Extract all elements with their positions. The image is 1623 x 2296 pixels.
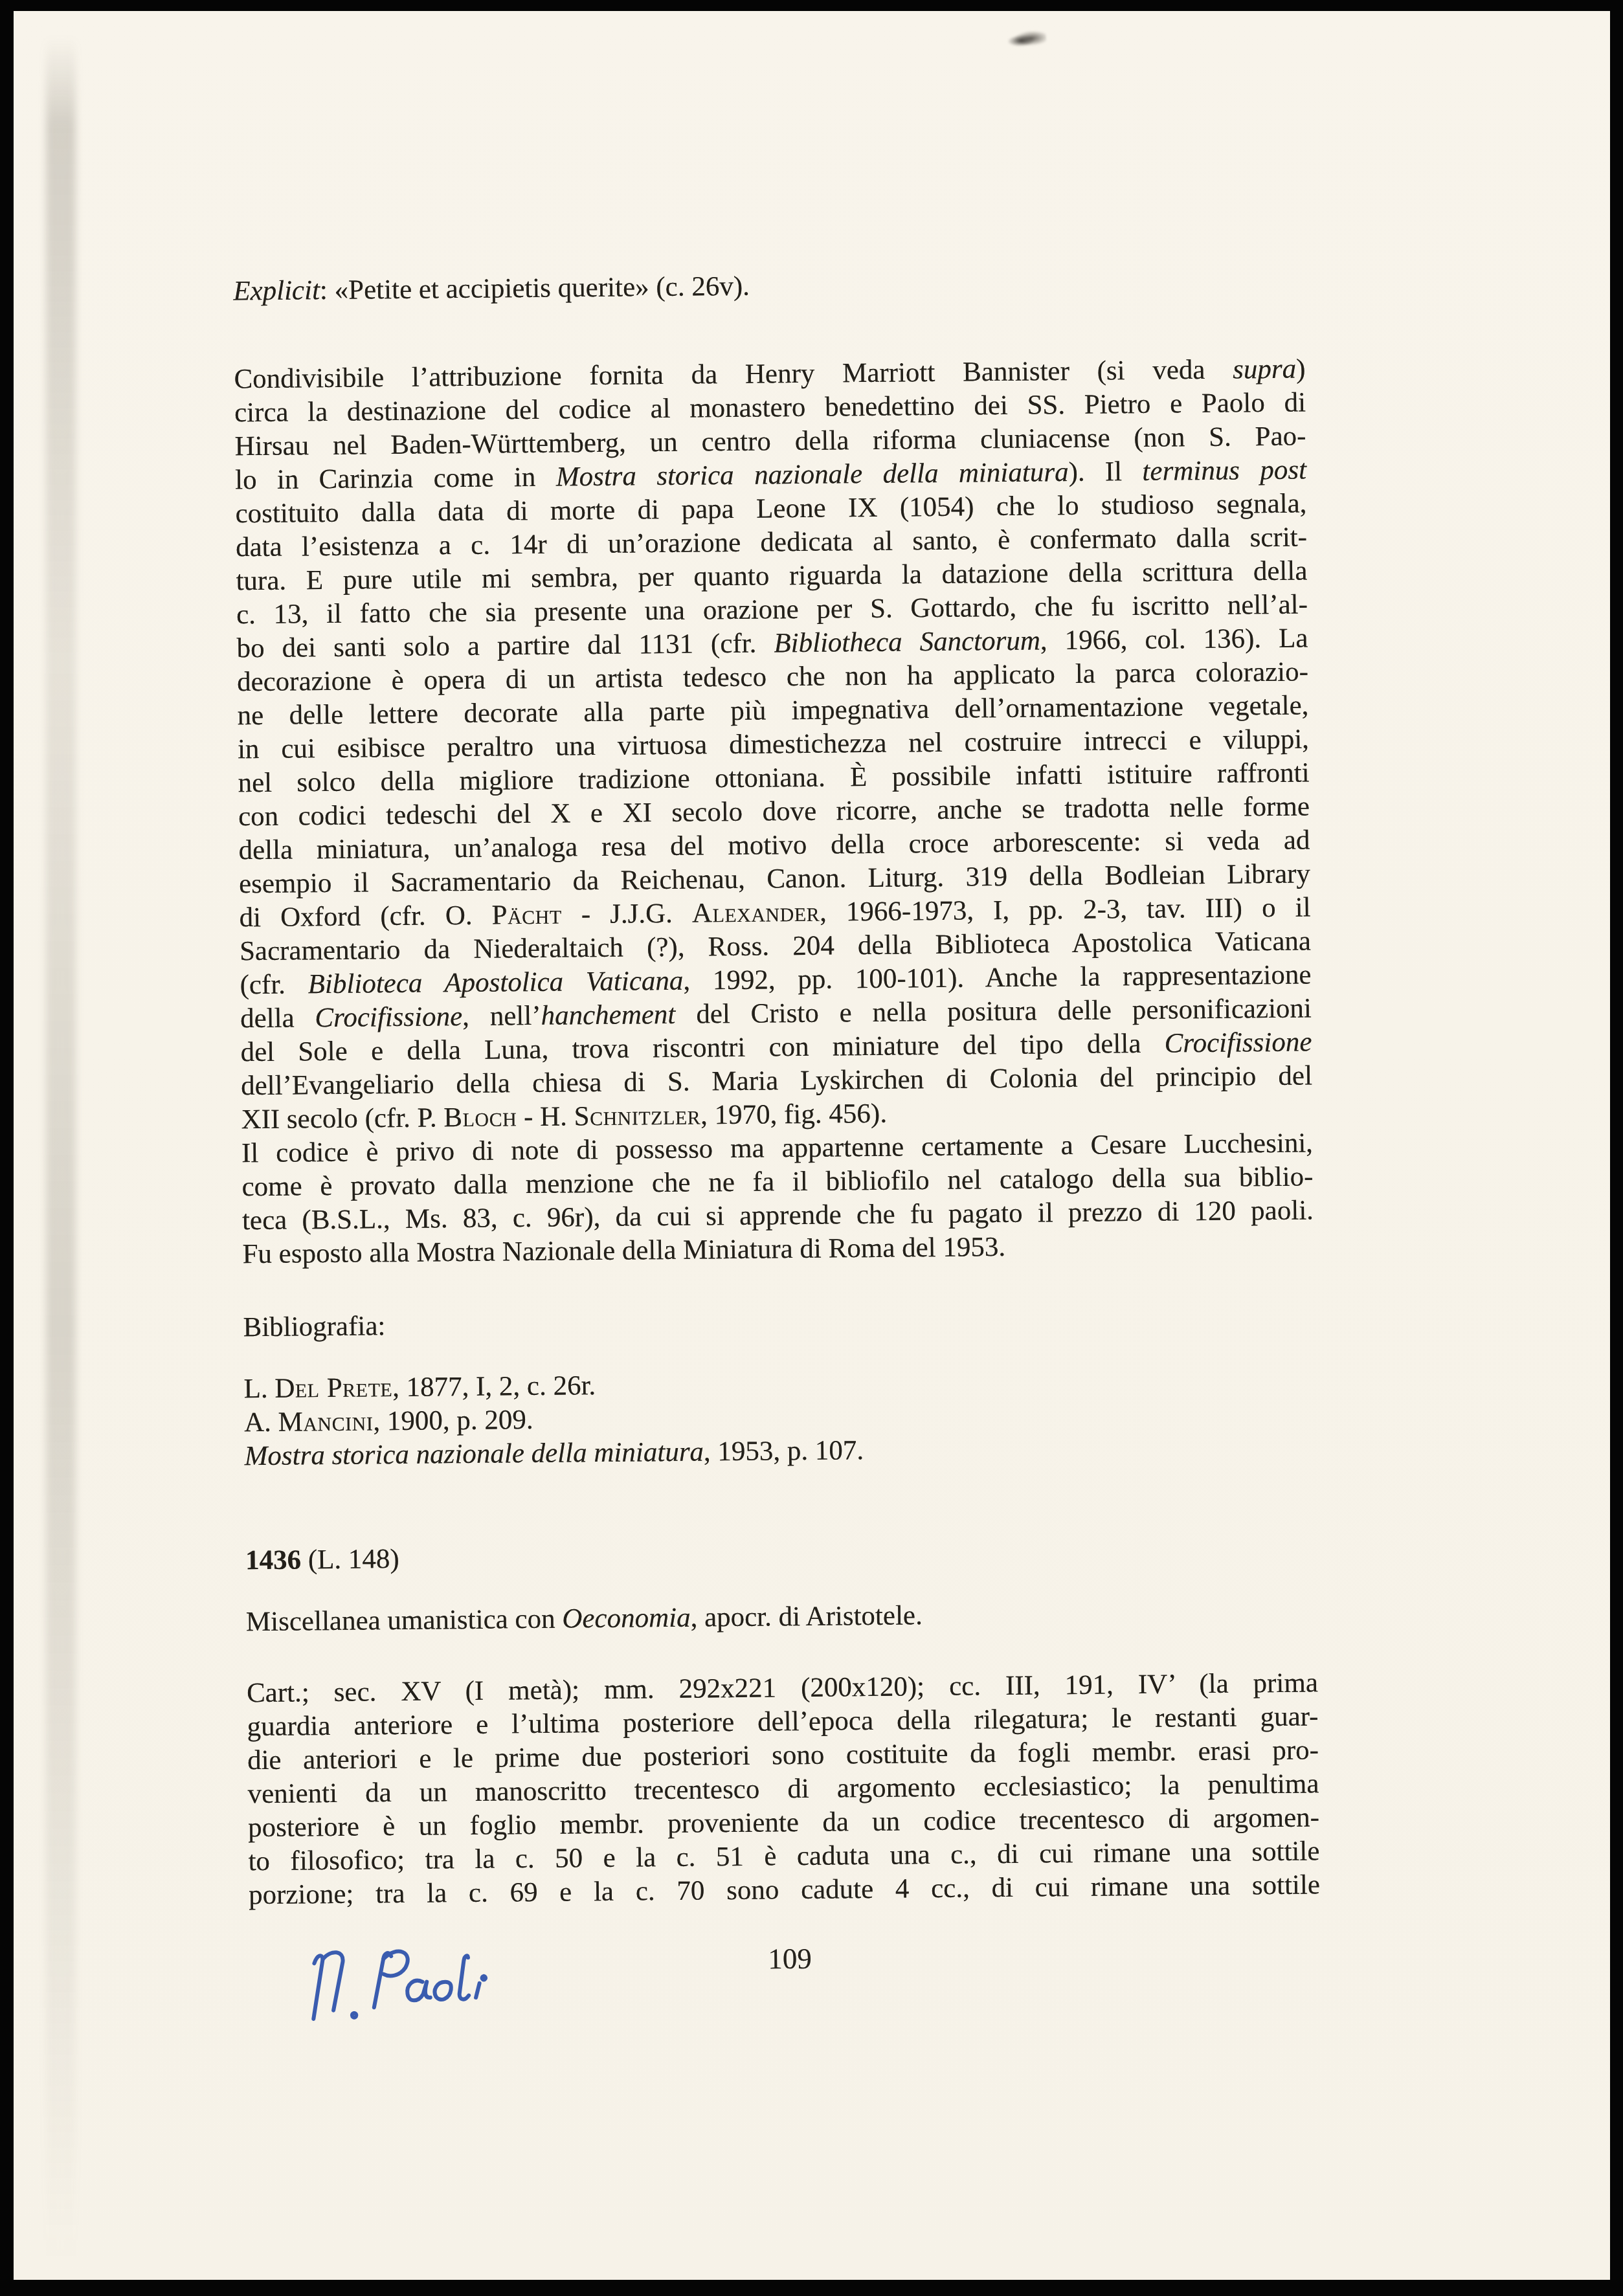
text-segment: Bloch <box>443 1102 517 1133</box>
text-segment: bo dei santi solo a partire dal 1131 (cf… <box>236 628 774 663</box>
text-segment: : «Petite et accipietis querite» (c. 26v… <box>320 271 750 306</box>
codicological-paragraph: Cart.; sec. XV (I metà); mm. 292x221 (20… <box>247 1666 1320 1912</box>
signature-stroke <box>323 1952 343 2010</box>
text-segment: Biblioteca Apostolica Vaticana <box>308 966 683 1000</box>
text-line: Bibliografia: <box>243 1300 1314 1344</box>
text-segment: , 1900, p. 209. <box>373 1405 533 1436</box>
signature-stroke <box>482 1976 486 1979</box>
signature-stroke <box>435 1982 451 2000</box>
scan-shadow-streak <box>46 37 76 2264</box>
text-segment: Mancini <box>278 1406 373 1437</box>
text-segment: della <box>240 1003 315 1034</box>
text-segment: 1436 <box>245 1544 301 1576</box>
bibliography-heading: Bibliografia: <box>243 1300 1314 1344</box>
text-segment: del Cristo e nella positura delle person… <box>675 993 1312 1029</box>
text-line: 1436 (L. 148) <box>245 1533 1317 1577</box>
bibliography-list: L. Del Prete, 1877, I, 2, c. 26r.A. Manc… <box>243 1362 1315 1473</box>
handwritten-signature <box>290 1942 504 2026</box>
text-segment: (cfr. <box>240 969 308 1000</box>
text-segment: Fu esposto alla Mostra Nazionale della M… <box>242 1232 1005 1269</box>
text-block: Explicit: «Petite et accipietis querite»… <box>233 264 1320 1912</box>
text-segment: hanchement <box>541 999 675 1031</box>
text-segment: A. <box>244 1407 278 1438</box>
text-segment: Mostra storica nazionale della miniatura <box>556 457 1069 493</box>
text-segment: Pächt <box>491 900 562 931</box>
text-segment: , 1966-1973, I, pp. 2-3, tav. III) o il <box>820 892 1311 927</box>
text-segment: Miscellanea umanistica con <box>246 1604 563 1638</box>
entry-title: Miscellanea umanistica con Oeconomia, ap… <box>246 1595 1317 1639</box>
signature-stroke <box>313 1956 322 2019</box>
text-segment: lo in Carinzia come in <box>235 462 556 496</box>
signature-stroke <box>383 1952 408 1976</box>
page-number: 109 <box>744 1941 835 1976</box>
signature-stroke <box>374 1953 391 2007</box>
text-segment: , 1877, I, 2, c. 26r. <box>392 1370 596 1403</box>
text-segment: di Oxford (cfr. O. <box>239 900 492 933</box>
scanned-page: Explicit: «Petite et accipietis querite»… <box>0 0 1623 2296</box>
text-segment: Schnitzler <box>574 1100 700 1132</box>
text-segment: terminus post <box>1142 454 1306 486</box>
text-segment: (L. 148) <box>301 1544 399 1575</box>
text-segment: , 1992, pp. 100-101). Anche la rappresen… <box>683 959 1311 996</box>
text-segment: Crocifissione <box>1164 1027 1312 1058</box>
text-segment: L. <box>243 1374 274 1404</box>
text-segment: ) <box>1296 353 1306 384</box>
text-segment: , apocr. di Aristotele. <box>690 1600 923 1633</box>
main-paragraph: Condivisibile l’attribuzione fornita da … <box>234 352 1314 1271</box>
text-segment: Explicit <box>233 275 320 306</box>
stamp-smudge <box>1004 28 1046 50</box>
text-segment: - J.J.G. <box>561 898 692 930</box>
signature-stroke <box>460 1956 469 1999</box>
text-segment: , 1970, fig. 456). <box>700 1098 887 1131</box>
text-segment: supra <box>1233 354 1296 385</box>
signature-stroke <box>352 2013 357 2018</box>
text-segment: Bibliotheca Sanctorum <box>774 625 1040 658</box>
entry-heading: 1436 (L. 148) <box>245 1533 1317 1577</box>
text-segment: , nell’ <box>462 1001 541 1032</box>
signature-drawing <box>290 1942 504 2026</box>
text-segment: XII secolo (cfr. P. <box>241 1102 443 1135</box>
text-segment: Bibliografia: <box>243 1311 385 1343</box>
text-segment: Oeconomia <box>562 1603 691 1634</box>
text-segment: Mostra storica nazionale della miniatura <box>244 1436 704 1471</box>
text-segment: - H. <box>517 1101 574 1132</box>
text-segment: Alexander <box>692 897 820 929</box>
text-segment: , 1966, col. 136). La <box>1040 623 1308 656</box>
text-line: Miscellanea umanistica con Oeconomia, ap… <box>246 1595 1317 1639</box>
text-segment: Del Prete <box>274 1372 392 1404</box>
text-segment: Crocifissione <box>315 1001 462 1033</box>
text-segment: ). Il <box>1068 456 1142 487</box>
signature-stroke <box>407 1981 430 2001</box>
text-segment: , 1953, p. 107. <box>704 1435 864 1467</box>
signature-stroke <box>476 1983 480 1998</box>
